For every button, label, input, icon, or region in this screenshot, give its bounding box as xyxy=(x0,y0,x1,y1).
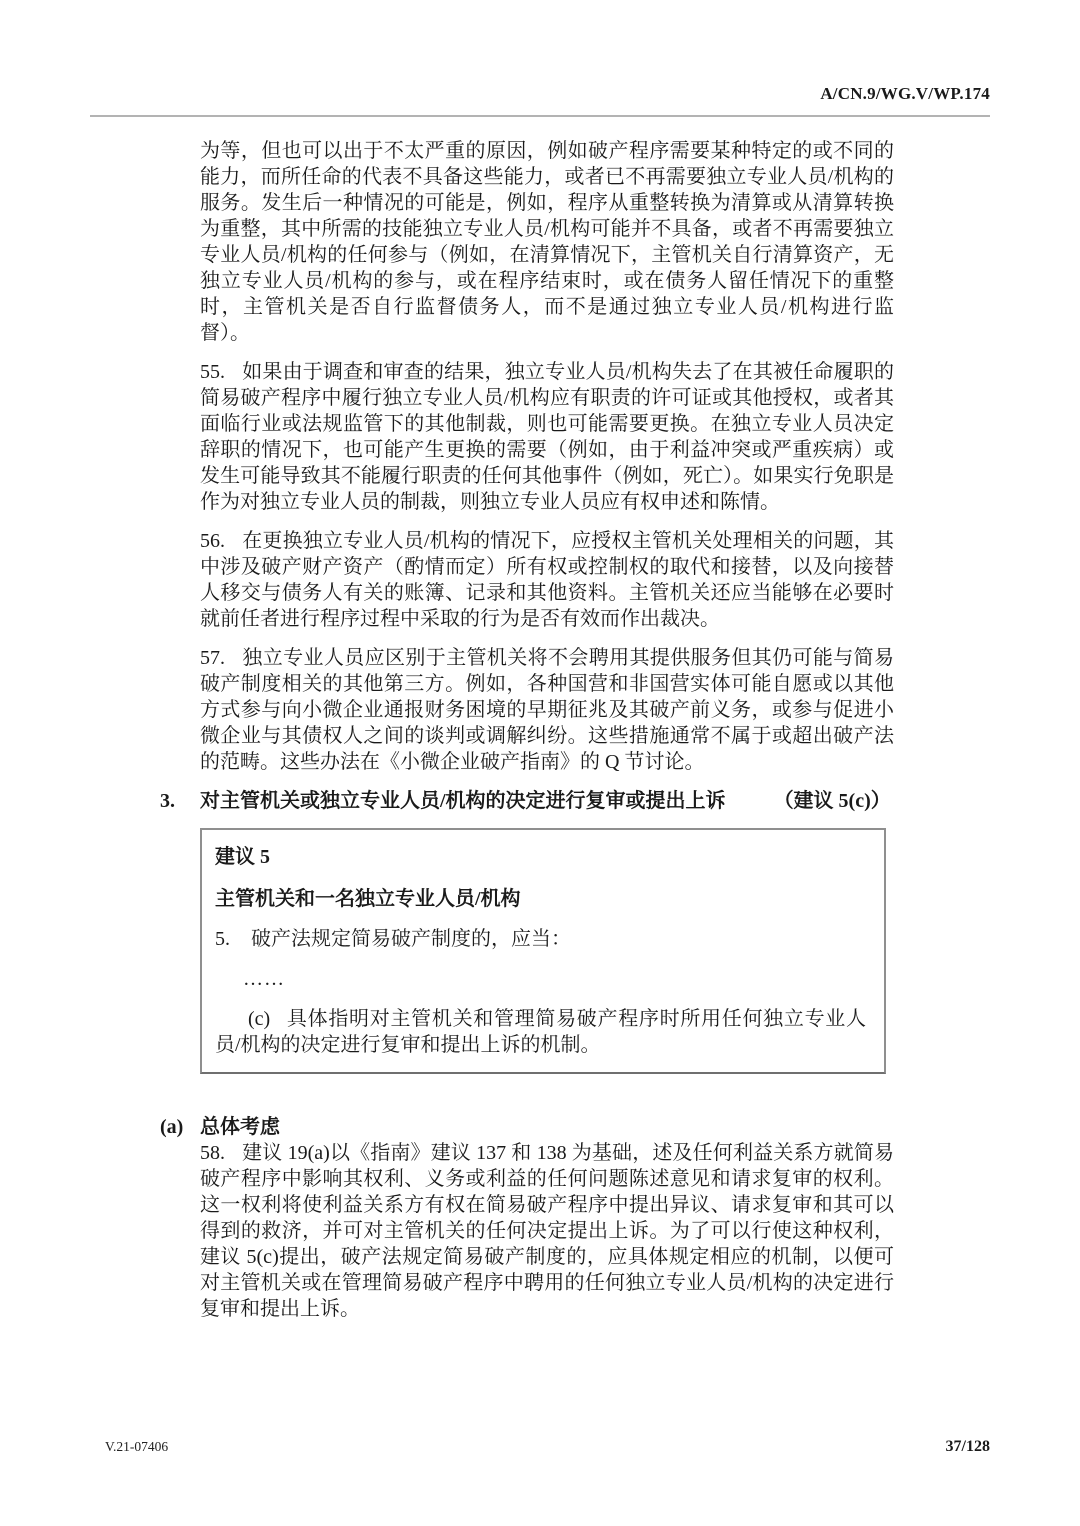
paragraph-56: 56.在更换独立专业人员/机构的情况下，应授权主管机关处理相关的问题，其中涉及破… xyxy=(200,528,894,632)
paragraph-number: 56. xyxy=(200,530,225,552)
paragraph-text: 在更换独立专业人员/机构的情况下，应授权主管机关处理相关的问题，其中涉及破产财产… xyxy=(200,530,894,630)
page-footer: V.21-07406 37/128 xyxy=(105,1438,990,1456)
recommendation-subitem-c: (c)具体指明对主管机关和管理简易破产程序时所用任何独立专业人员/机构的决定进行… xyxy=(215,1006,866,1058)
paragraph-58: 58.建议 19(a)以《指南》建议 137 和 138 为基础，述及任何利益关… xyxy=(200,1140,894,1322)
subitem-label: (c) xyxy=(248,1008,270,1030)
paragraph-text: 如果由于调查和审查的结果，独立专业人员/机构失去了在其被任命履职的简易破产程序中… xyxy=(200,361,894,513)
section-title: 对主管机关或独立专业人员/机构的决定进行复审或提出上诉 xyxy=(200,790,726,812)
paragraph-55: 55.如果由于调查和审查的结果，独立专业人员/机构失去了在其被任命履职的简易破产… xyxy=(200,359,894,515)
recommendation-item-5: 5.破产法规定简易破产制度的，应当： xyxy=(215,926,866,952)
recommendation-ellipsis: …… xyxy=(215,966,866,992)
item-number: 5. xyxy=(215,928,230,950)
paragraph-text: 建议 19(a)以《指南》建议 137 和 138 为基础，述及任何利益关系方就… xyxy=(200,1142,894,1320)
section-recommendation-ref: （建议 5(c)） xyxy=(774,790,891,812)
subitem-text: 具体指明对主管机关和管理简易破产程序时所用任何独立专业人员/机构的决定进行复审和… xyxy=(215,1008,866,1056)
paragraph-57: 57.独立专业人员应区别于主管机关将不会聘用其提供服务但其仍可能与简易破产制度相… xyxy=(200,645,894,775)
section-title-wrap: 对主管机关或独立专业人员/机构的决定进行复审或提出上诉（建议 5(c)） xyxy=(200,788,891,814)
paragraph-text: 为等，但也可以出于不太严重的原因，例如破产程序需要某种特定的或不同的能力，而所任… xyxy=(200,140,894,344)
document-body: 为等，但也可以出于不太严重的原因，例如破产程序需要某种特定的或不同的能力，而所任… xyxy=(200,138,894,1335)
document-page: A/CN.9/WG.V/WP.174 为等，但也可以出于不太严重的原因，例如破产… xyxy=(0,0,1080,1526)
paragraph-text: 独立专业人员应区别于主管机关将不会聘用其提供服务但其仍可能与简易破产制度相关的其… xyxy=(200,647,894,773)
paragraph-number: 55. xyxy=(200,361,225,383)
header-rule xyxy=(90,115,990,117)
section-number: 3. xyxy=(160,788,200,814)
item-text: 破产法规定简易破产制度的，应当： xyxy=(251,928,571,950)
recommendation-subtitle: 主管机关和一名独立专业人员/机构 xyxy=(215,886,866,912)
section-title: 总体考虑 xyxy=(200,1114,280,1140)
paragraph-number: 58. xyxy=(200,1142,225,1164)
paragraph-number: 57. xyxy=(200,647,225,669)
page-header: A/CN.9/WG.V/WP.174 xyxy=(90,84,990,104)
section-a-heading: (a) 总体考虑 xyxy=(160,1114,894,1140)
doc-symbol: A/CN.9/WG.V/WP.174 xyxy=(820,84,990,103)
recommendation-5-box: 建议 5 主管机关和一名独立专业人员/机构 5.破产法规定简易破产制度的，应当：… xyxy=(200,828,886,1074)
footer-page-number: 37/128 xyxy=(946,1438,990,1456)
section-3-heading: 3. 对主管机关或独立专业人员/机构的决定进行复审或提出上诉（建议 5(c)） xyxy=(160,788,894,814)
paragraph-54-continuation: 为等，但也可以出于不太严重的原因，例如破产程序需要某种特定的或不同的能力，而所任… xyxy=(200,138,894,346)
footer-doc-number: V.21-07406 xyxy=(105,1439,168,1455)
recommendation-title: 建议 5 xyxy=(215,844,866,870)
section-label: (a) xyxy=(160,1114,200,1140)
